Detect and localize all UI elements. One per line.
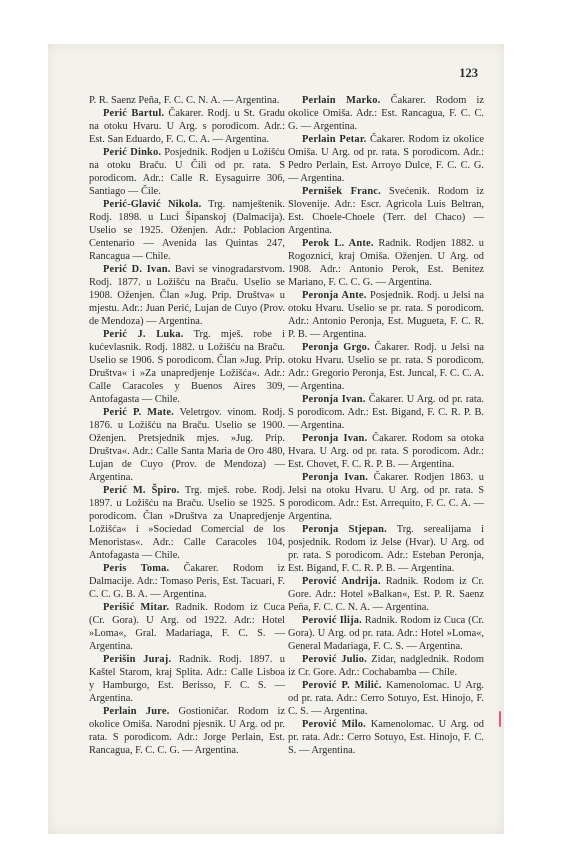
directory-entry: Pernišek Franc. Svećenik. Rodom iz Slove… (288, 185, 484, 237)
entry-name: Peronja Ivan. (302, 433, 367, 444)
directory-entry: Peronja Grgo. Čakarer. Rodj. u Jelsi na … (288, 341, 484, 393)
scanned-page: 123 P. R. Saenz Peña, F. C. C. N. A. — A… (48, 44, 504, 834)
entry-name: Perović Andrija. (302, 576, 381, 587)
entry-name: Perić Bartul. (103, 108, 164, 119)
directory-entry: Perišić Mitar. Radnik. Rodom iz Cuca (Cr… (89, 601, 285, 653)
entry-text: Veletrgov. vinom. Rodj. 1876. u Ložišću … (89, 407, 285, 483)
entry-name: Perović P. Milić. (302, 680, 382, 691)
directory-entry: Perić Dinko. Posjednik. Rodjen u Ložišću… (89, 146, 285, 198)
directory-entry: Peronja Ante. Posjednik. Rodj. u Jelsi n… (288, 289, 484, 341)
directory-entry: Perišin Juraj. Radnik. Rodj. 1897. u Kaš… (89, 653, 285, 705)
entry-name: Perić-Glavić Nikola. (103, 199, 201, 210)
directory-entry: Perlain Jure. Gostioničar. Rodom iz okol… (89, 705, 285, 757)
entry-name: Pernišek Franc. (302, 186, 381, 197)
directory-entry: Perić M. Špiro. Trg. mješ. robe. Rodj. 1… (89, 484, 285, 562)
entry-name: Perović Ilija. (302, 615, 362, 626)
entry-name: Perović Julio. (302, 654, 367, 665)
entry-name: Perlain Petar. (302, 134, 366, 145)
directory-entry: Peronja Ivan. Čakarer. Rodom sa otoka Hv… (288, 432, 484, 471)
directory-entry: Perić Bartul. Čakarer. Rodj. u St. Gradu… (89, 107, 285, 146)
entry-name: Peronja Ivan. (302, 394, 366, 405)
entry-name: Peronja Stjepan. (302, 524, 387, 535)
entry-name: Peronja Ivan. (302, 472, 368, 483)
directory-entry: Peronja Ivan. Čakarer. Rodjen 1863. u Je… (288, 471, 484, 523)
right-entries: Perlain Marko. Čakarer. Rodom iz okolice… (288, 94, 484, 757)
entry-name: Perić J. Luka. (103, 329, 183, 340)
left-column: P. R. Saenz Peña, F. C. C. N. A. — Argen… (89, 94, 285, 757)
entry-name: Peronja Ante. (302, 290, 367, 301)
directory-entry: Perok L. Ante. Radnik. Rodjen 1882. u Ro… (288, 237, 484, 289)
directory-entry: Perić-Glavić Nikola. Trg. namještenik. R… (89, 198, 285, 263)
directory-entry: Perović Ilija. Radnik. Rodom iz Cuca (Cr… (288, 614, 484, 653)
directory-entry: Perić P. Mate. Veletrgov. vinom. Rodj. 1… (89, 406, 285, 484)
directory-entry: Perović Julio. Zidar, nadglednik. Rodom … (288, 653, 484, 679)
directory-entry: Perović Andrija. Radnik. Rodom iz Cr. Go… (288, 575, 484, 614)
entry-name: Perović Milo. (302, 719, 366, 730)
entry-name: Peris Toma. (103, 563, 169, 574)
directory-entry: Perić J. Luka. Trg. mješ. robe i kućevla… (89, 328, 285, 406)
page-number: 123 (459, 66, 478, 81)
directory-entry: Perić D. Ivan. Bavi se vinogradarstvom. … (89, 263, 285, 328)
entry-name: Perić D. Ivan. (103, 264, 171, 275)
directory-entry: Peronja Stjepan. Trg. serealijama i posj… (288, 523, 484, 575)
entry-name: Perok L. Ante. (302, 238, 374, 249)
entry-name: Perić P. Mate. (103, 407, 174, 418)
directory-entry: Peris Toma. Čakarer. Rodom iz Dalmacije.… (89, 562, 285, 601)
entry-name: Perić M. Špiro. (103, 485, 179, 496)
directory-entry: Perlain Petar. Čakarer. Rodom iz okolice… (288, 133, 484, 185)
directory-entry: Perlain Marko. Čakarer. Rodom iz okolice… (288, 94, 484, 133)
margin-mark (499, 711, 501, 727)
directory-entry: Perović P. Milić. Kamenolomac. U Arg. od… (288, 679, 484, 718)
entry-text: Trg. mješ. robe. Rodj. 1897. u Ložišću n… (89, 485, 285, 561)
entry-name: Perišić Mitar. (103, 602, 169, 613)
entry-name: Perlain Jure. (103, 706, 170, 717)
entry-text: Trg. mješ. robe i kućevlasnik. Rodj. 188… (89, 329, 285, 405)
entry-name: Perlain Marko. (302, 95, 380, 106)
entry-name: Perišin Juraj. (103, 654, 171, 665)
continued-entry: P. R. Saenz Peña, F. C. C. N. A. — Argen… (89, 94, 285, 107)
entry-name: Perić Dinko. (103, 147, 161, 158)
directory-entry: Perović Milo. Kamenolomac. U Arg. od pr.… (288, 718, 484, 757)
entry-name: Peronja Grgo. (302, 342, 370, 353)
directory-entry: Peronja Ivan. Čakarer. U Arg. od pr. rat… (288, 393, 484, 432)
left-entries: Perić Bartul. Čakarer. Rodj. u St. Gradu… (89, 107, 285, 757)
right-column: Perlain Marko. Čakarer. Rodom iz okolice… (288, 94, 484, 757)
